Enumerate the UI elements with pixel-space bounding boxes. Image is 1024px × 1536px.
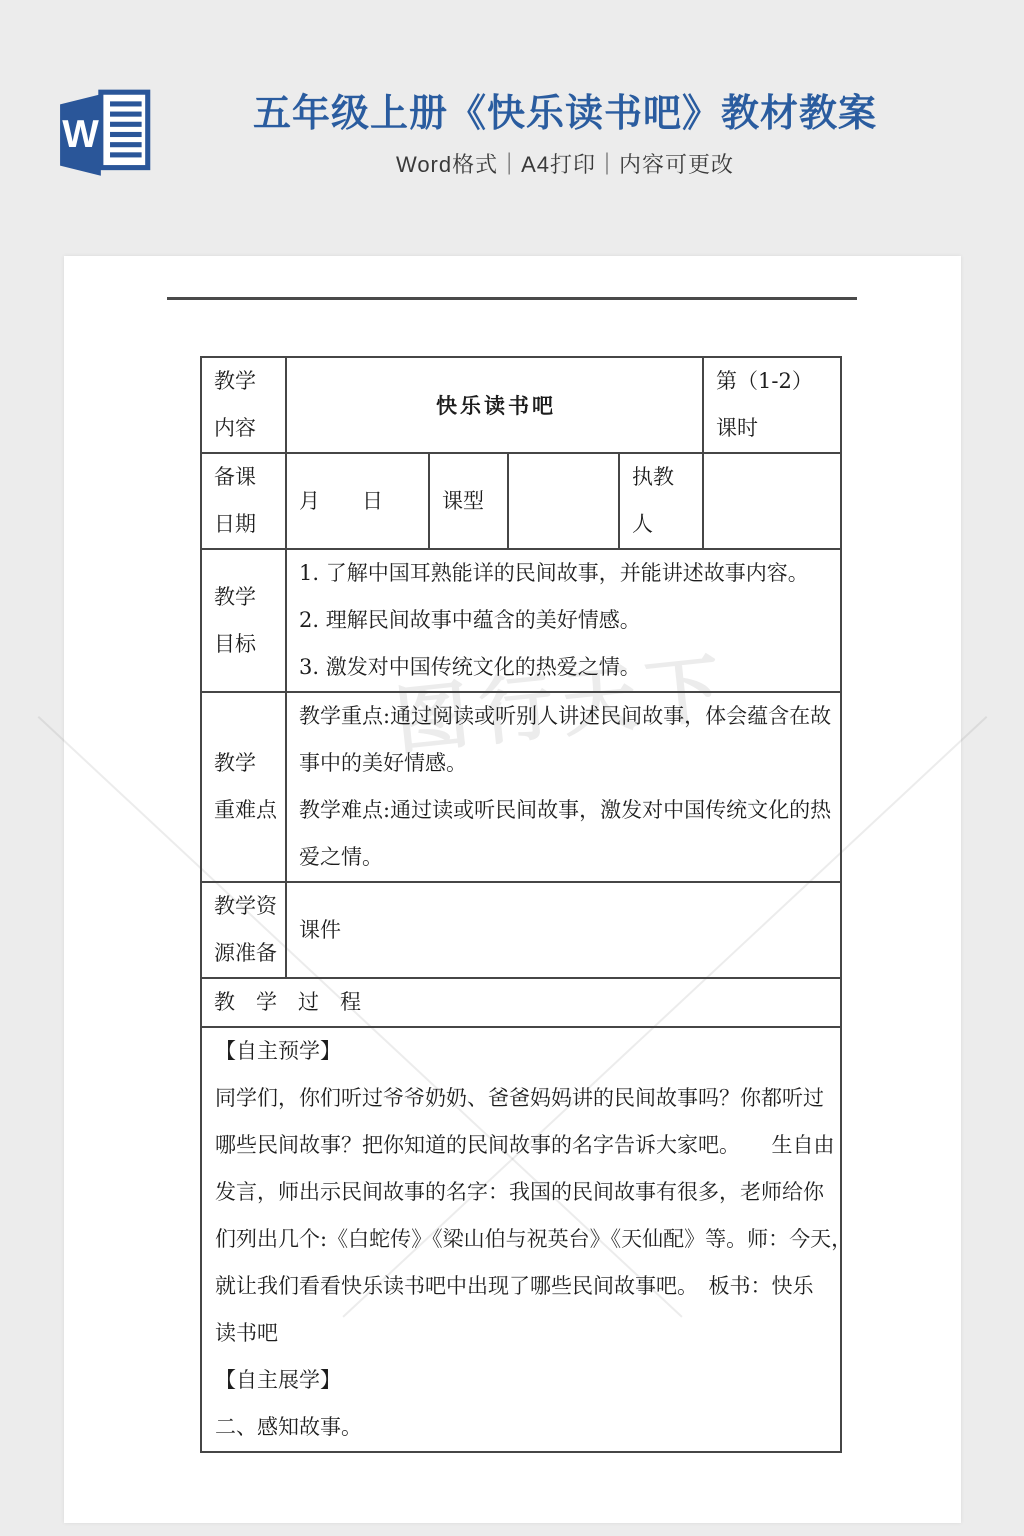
teaching-goals-text: 1. 了解中国耳熟能详的民间故事，并能讲述故事内容。 2. 理解民间故事中蕴含的… [286,549,841,692]
document-subtitle: Word格式｜A4打印｜内容可更改 [106,148,1024,179]
header-titles: 五年级上册《快乐读书吧》教材教案 Word格式｜A4打印｜内容可更改 [106,92,1024,179]
document-title: 五年级上册《快乐读书吧》教材教案 [106,92,1024,136]
teaching-goals-label: 教学 目标 [201,549,286,692]
resources-label: 教学资 源准备 [201,882,286,978]
row-teaching-content: 教学 内容 快乐读书吧 第（1-2）课时 [201,357,841,453]
row-teaching-goals: 教学 目标 1. 了解中国耳熟能详的民间故事，并能讲述故事内容。 2. 理解民间… [201,549,841,692]
month-day-cell: 月 日 [286,453,429,549]
row-prep-date: 备课 日期 月 日 课型 执教人 [201,453,841,549]
document-preview: W 五年级上册《快乐读书吧》教材教案 Word格式｜A4打印｜内容可更改 图行天… [0,0,1024,1536]
teacher-value [703,453,841,549]
row-process-content: 【自主预学】 同学们，你们听过爷爷奶奶、爸爸妈妈讲的民间故事吗？你都听过 哪些民… [201,1027,841,1452]
horizontal-rule [167,297,857,300]
process-header-cell: 教 学 过 程 [201,978,841,1027]
word-icon-letter: W [62,113,99,156]
teaching-content-label: 教学 内容 [201,357,286,453]
page-header: W 五年级上册《快乐读书吧》教材教案 Word格式｜A4打印｜内容可更改 [0,0,1024,256]
course-type-value [508,453,619,549]
key-points-text: 教学重点:通过阅读或听别人讲述民间故事，体会蕴含在故 事中的美好情感。 教学难点… [286,692,841,882]
lesson-plan-table: 教学 内容 快乐读书吧 第（1-2）课时 备课 日期 月 日 课型 执教人 [200,356,842,1453]
course-title-cell: 快乐读书吧 [286,357,703,453]
period-cell: 第（1-2）课时 [703,357,841,453]
course-type-label: 课型 [429,453,508,549]
row-resources: 教学资 源准备 课件 [201,882,841,978]
process-content-cell: 【自主预学】 同学们，你们听过爷爷奶奶、爸爸妈妈讲的民间故事吗？你都听过 哪些民… [201,1027,841,1452]
prep-date-label: 备课 日期 [201,453,286,549]
key-points-label: 教学 重难点 [201,692,286,882]
row-process-header: 教 学 过 程 [201,978,841,1027]
row-key-points: 教学 重难点 教学重点:通过阅读或听别人讲述民间故事，体会蕴含在故 事中的美好情… [201,692,841,882]
resources-value: 课件 [286,882,841,978]
teacher-label: 执教人 [619,453,703,549]
document-page: 图行天下 教学 内容 快乐读书吧 第（1-2）课时 备课 日期 月 日 [64,256,961,1523]
